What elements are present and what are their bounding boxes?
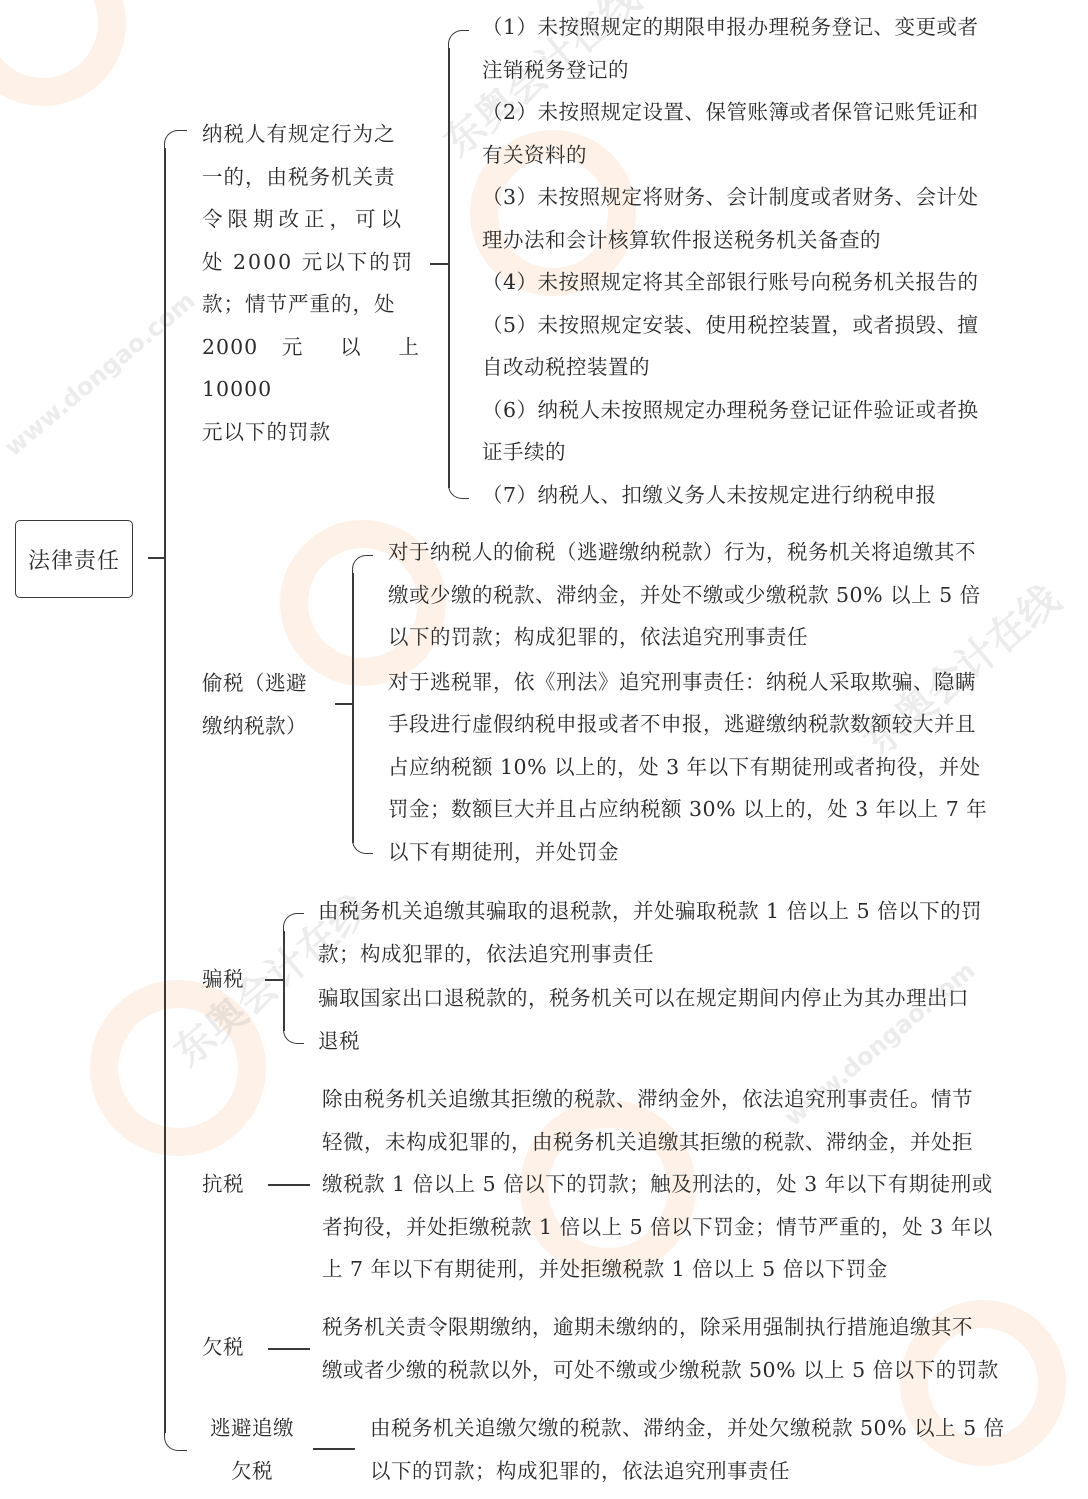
sub-bracket-bottom [352,833,373,854]
watermark-logo [0,0,126,106]
branch-label: 逃避追缴 欠税 [202,1407,302,1492]
list-item: （2）未按照规定设置、保管账簿或者保管记账凭证和有关资料的 [482,91,1062,176]
root-connector [148,557,164,559]
list-item: （4）未按照规定将其全部银行账号向税务机关报告的 [482,261,1062,304]
root-node: 法律责任 [15,520,133,598]
list-item: 税务机关责令限期缴纳，逾期未缴纳的，除采用强制执行措施追缴其不缴或者少缴的税款以… [322,1306,1062,1391]
branch-connector [268,1348,310,1350]
sub-bracket-line [352,573,354,843]
list-item: 对于纳税人的偷税（逃避缴纳税款）行为，税务机关将追缴其不缴或少缴的税款、滞纳金，… [388,531,1068,659]
item-list: 税务机关责令限期缴纳，逾期未缴纳的，除采用强制执行措施追缴其不缴或者少缴的税款以… [322,1306,1062,1391]
list-item: 由税务机关追缴欠缴的税款、滞纳金，并处欠缴税款 50% 以上 5 倍以下的罚款；… [370,1407,1060,1492]
branch-connector [268,1184,310,1186]
main-bracket-bottom [164,1430,187,1451]
list-item: 骗取国家出口退税款的，税务机关可以在规定期间内停止为其办理出口退税 [318,977,1068,1062]
sub-bracket-line [448,48,450,488]
sub-bracket-top [352,555,373,576]
branch-label: 纳税人有规定行为之 一的，由税务机关责 令限期改正，可以 处 2000 元以下的… [202,113,420,453]
sub-bracket-top [448,30,469,51]
list-item: （3）未按照规定将财务、会计制度或者财务、会计处理办法和会计核算软件报送税务机关… [482,176,1062,261]
list-item: 对于逃税罪，依《刑法》追究刑事责任：纳税人采取欺骗、隐瞒手段进行虚假纳税申报或者… [388,661,1068,874]
root-label: 法律责任 [28,544,120,575]
branch-label: 骗税 [202,958,244,1001]
list-item: 由税务机关追缴其骗取的退税款，并处骗取税款 1 倍以上 5 倍以下的罚款；构成犯… [318,890,1068,975]
item-list: 由税务机关追缴其骗取的退税款，并处骗取税款 1 倍以上 5 倍以下的罚款；构成犯… [318,890,1068,1062]
list-item: （1）未按照规定的期限申报办理税务登记、变更或者注销税务登记的 [482,6,1062,91]
sub-bracket-line [283,931,285,1031]
item-list: 除由税务机关追缴其拒缴的税款、滞纳金外，依法追究刑事责任。情节轻微，未构成犯罪的… [322,1078,1062,1291]
main-bracket-top [164,130,187,151]
item-list: 对于纳税人的偷税（逃避缴纳税款）行为，税务机关将追缴其不缴或少缴的税款、滞纳金，… [388,531,1068,873]
main-bracket-line [164,148,166,1433]
branch-connector [265,979,283,981]
branch-connector [430,263,448,265]
item-list: 由税务机关追缴欠缴的税款、滞纳金，并处欠缴税款 50% 以上 5 倍以下的罚款；… [370,1407,1060,1492]
branch-label: 欠税 [202,1326,244,1369]
branch-label: 偷税（逃避 缴纳税款） [202,662,307,747]
list-item: 除由税务机关追缴其拒缴的税款、滞纳金外，依法追究刑事责任。情节轻微，未构成犯罪的… [322,1078,1062,1291]
item-list: （1）未按照规定的期限申报办理税务登记、变更或者注销税务登记的 （2）未按照规定… [482,6,1062,516]
list-item: （7）纳税人、扣缴义务人未按规定进行纳税申报 [482,474,1062,517]
branch-connector [335,703,353,705]
sub-bracket-bottom [283,1023,304,1044]
sub-bracket-bottom [448,478,469,499]
branch-label: 抗税 [202,1163,244,1206]
watermark-text: www.dongao.com [0,286,201,461]
list-item: （5）未按照规定安装、使用税控装置，或者损毁、擅自改动税控装置的 [482,304,1062,389]
branch-connector [313,1448,355,1450]
list-item: （6）纳税人未按照规定办理税务登记证件验证或者换证手续的 [482,389,1062,474]
sub-bracket-top [283,913,304,934]
